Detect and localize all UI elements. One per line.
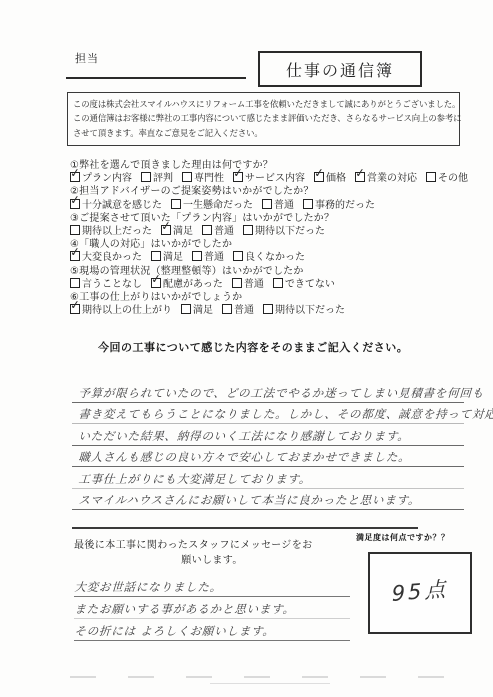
checkbox-option: ✓期待以上の仕上がり — [70, 304, 172, 317]
question-options: ✓期待以上の仕上がり満足普通期待以下だった — [70, 304, 480, 317]
option-label: 普通 — [234, 305, 254, 316]
option-label: 満足 — [173, 226, 193, 237]
question-options: 言うことなし✓配慮があった普通できてない — [70, 278, 480, 291]
question-label: ⑥工事の仕上がりはいかがでしょうか — [70, 291, 480, 304]
questions-section: ①弊社を選んで頂きました理由は何ですか？ ✓プラン内容評判専門性✓サービス内容✓… — [70, 159, 480, 317]
checkbox-option: 普通 — [202, 225, 234, 238]
intro-line: させて頂きます。率直なご意見をご記入ください。 — [73, 126, 454, 140]
checkbox-option: 普通 — [262, 199, 294, 212]
checkbox-checked-icon: ✓ — [151, 278, 161, 288]
satisfaction-score-box: 95点 — [368, 552, 472, 634]
message-prompt-line: 最後に本工事に関わったスタッフにメッセージをお — [74, 538, 350, 553]
check-icon: ✓ — [313, 167, 324, 180]
question-label: ①弊社を選んで頂きました理由は何ですか？ — [70, 159, 480, 172]
option-label: 評判 — [153, 173, 173, 184]
handwritten-line: いただいた結果、納得のいく工法になり感謝しております。 — [72, 424, 464, 446]
option-label: 大変良かった — [82, 252, 142, 263]
intro-line: この通信簿はお客様に弊社の工事内容について感じたまま評価いただき、さらなるサービ… — [73, 111, 454, 125]
option-label: 言うことなし — [82, 279, 142, 290]
checkbox-option: 期待以下だった — [243, 225, 325, 238]
handwritten-line: スマイルハウスさんにお願いして本当に良かったと思います。 — [72, 489, 464, 511]
checkbox-checked-icon: ✓ — [233, 172, 243, 182]
handwritten-comment-area: 予算が限られていたので、どの工法でやるか迷ってしまい見積書を何回も 書き変えても… — [72, 381, 464, 510]
intro-box: この度は株式会社スマイルハウスにリフォーム工事を依頼いただきまして誠にありがとう… — [67, 92, 460, 146]
checkbox-icon — [182, 172, 192, 182]
option-label: 事務的だった — [315, 200, 375, 211]
option-label: 配慮があった — [163, 279, 223, 290]
checkbox-option: 専門性 — [182, 172, 224, 185]
checkbox-option: 事務的だった — [303, 199, 375, 212]
option-label: 専門性 — [194, 173, 224, 184]
satisfaction-score-value: 95点 — [391, 573, 448, 608]
handwritten-line: その折には よろしくお願いします。 — [74, 619, 350, 641]
option-label: 満足 — [163, 252, 183, 263]
check-icon: ✓ — [160, 220, 171, 233]
form-title-box: 仕事の通信簿 — [258, 51, 422, 87]
option-label: 普通 — [204, 252, 224, 263]
checkbox-icon — [222, 304, 232, 314]
question-4: ④「職人の対応」はいかがでしたか ✓大変良かった満足普通良くなかった — [70, 238, 480, 264]
option-label: 期待以上だった — [82, 226, 152, 237]
scanned-survey-form: 担当 仕事の通信簿 この度は株式会社スマイルハウスにリフォーム工事を依頼いただき… — [0, 0, 493, 697]
checkbox-option: ✓配慮があった — [151, 278, 223, 291]
question-label: ④「職人の対応」はいかがでしたか — [70, 238, 480, 251]
handwritten-line: 書き変えてもらうことになりました。しかし、その都度、誠意を持って対応して — [72, 403, 464, 425]
checkbox-icon — [303, 199, 313, 209]
checkbox-option: 良くなかった — [233, 251, 305, 264]
question-label: ②担当アドバイザーのご提案姿勢はいかがでしたか？ — [70, 185, 480, 198]
check-icon: ✓ — [69, 193, 80, 206]
checkbox-icon — [181, 304, 191, 314]
option-label: 営業の対応 — [367, 173, 417, 184]
option-label: 普通 — [244, 279, 264, 290]
checkbox-option: 満足 — [151, 251, 183, 264]
option-label: 期待以下だった — [275, 305, 345, 316]
check-icon: ✓ — [232, 167, 243, 180]
checkbox-icon — [426, 172, 436, 182]
question-3: ③ご提案させて頂いた「プラン内容」はいかがでしたか？ 期待以上だった✓満足普通期… — [70, 212, 480, 238]
handwritten-line: 工事仕上がりにも大変満足しております。 — [72, 467, 464, 489]
checkbox-option: その他 — [426, 172, 468, 185]
option-label: 一生懸命だった — [183, 200, 253, 211]
comment-prompt: 今回の工事について感じた内容をそのままご記入ください。 — [98, 339, 408, 355]
option-label: 満足 — [193, 305, 213, 316]
option-label: プラン内容 — [82, 173, 132, 184]
checkbox-icon — [70, 278, 80, 288]
checkbox-icon — [141, 172, 151, 182]
checkbox-option: ✓営業の対応 — [355, 172, 417, 185]
checkbox-checked-icon: ✓ — [70, 304, 80, 314]
handwritten-line: 予算が限られていたので、どの工法でやるか迷ってしまい見積書を何回も — [72, 381, 464, 403]
checkbox-option: 言うことなし — [70, 278, 142, 291]
question-2: ②担当アドバイザーのご提案姿勢はいかがでしたか？ ✓十分誠意を感じた一生懸命だっ… — [70, 185, 480, 211]
checkbox-icon — [243, 225, 253, 235]
checkbox-checked-icon: ✓ — [70, 251, 80, 261]
scan-artifact — [70, 676, 460, 678]
checkbox-option: できてない — [273, 278, 335, 291]
person-in-charge-label: 担当 — [66, 52, 99, 65]
question-options: ✓大変良かった満足普通良くなかった — [70, 251, 480, 264]
option-label: 期待以上の仕上がり — [82, 305, 172, 316]
check-icon: ✓ — [69, 299, 80, 312]
checkbox-icon — [192, 251, 202, 261]
question-options: ✓プラン内容評判専門性✓サービス内容✓価格✓営業の対応その他 — [70, 172, 480, 185]
section-divider — [72, 527, 418, 529]
checkbox-icon — [70, 225, 80, 235]
checkbox-option: ✓プラン内容 — [70, 172, 132, 185]
checkbox-option: ✓満足 — [161, 225, 193, 238]
checkbox-icon — [151, 251, 161, 261]
checkbox-checked-icon: ✓ — [70, 172, 80, 182]
option-label: 十分誠意を感じた — [82, 200, 162, 211]
question-options: 期待以上だった✓満足普通期待以下だった — [70, 225, 480, 238]
checkbox-checked-icon: ✓ — [70, 199, 80, 209]
check-icon: ✓ — [69, 167, 80, 180]
checkbox-option: 普通 — [192, 251, 224, 264]
checkbox-icon — [262, 199, 272, 209]
scan-artifact — [210, 683, 330, 684]
checkbox-option: ✓価格 — [314, 172, 346, 185]
option-label: 良くなかった — [245, 252, 305, 263]
checkbox-option: 期待以下だった — [263, 304, 345, 317]
page-title: 仕事の通信簿 — [286, 58, 394, 81]
question-label: ⑤現場の管理状況（整理整頓等）はいかがでしたか — [70, 265, 480, 278]
checkbox-option: 評判 — [141, 172, 173, 185]
check-icon: ✓ — [354, 167, 365, 180]
option-label: できてない — [285, 279, 335, 290]
checkbox-checked-icon: ✓ — [355, 172, 365, 182]
handwritten-line: 職人さんも感じの良い方々で安心しておまかせできました。 — [72, 446, 464, 468]
checkbox-icon — [273, 278, 283, 288]
option-label: 普通 — [214, 226, 234, 237]
checkbox-icon — [263, 304, 273, 314]
question-1: ①弊社を選んで頂きました理由は何ですか？ ✓プラン内容評判専門性✓サービス内容✓… — [70, 159, 480, 185]
question-5: ⑤現場の管理状況（整理整頓等）はいかがでしたか 言うことなし✓配慮があった普通で… — [70, 265, 480, 291]
checkbox-option: 普通 — [232, 278, 264, 291]
question-options: ✓十分誠意を感じた一生懸命だった普通事務的だった — [70, 199, 480, 212]
option-label: 期待以下だった — [255, 226, 325, 237]
checkbox-option: ✓サービス内容 — [233, 172, 305, 185]
handwritten-line: 大変お世話になりました。 — [74, 575, 350, 597]
checkbox-icon — [232, 278, 242, 288]
staff-message-section: 最後に本工事に関わったスタッフにメッセージをお 願いします。 大変お世話になりま… — [74, 538, 350, 641]
checkbox-option: ✓十分誠意を感じた — [70, 199, 162, 212]
message-prompt-line: 願いします。 — [74, 553, 350, 568]
checkbox-option: 一生懸命だった — [171, 199, 253, 212]
person-in-charge-field: 担当 — [66, 50, 246, 79]
checkbox-icon — [171, 199, 181, 209]
checkbox-option: ✓大変良かった — [70, 251, 142, 264]
handwritten-message-area: 大変お世話になりました。 またお願いする事があるかと思います。 その折には よろ… — [74, 575, 350, 641]
checkbox-option: 期待以上だった — [70, 225, 152, 238]
checkbox-checked-icon: ✓ — [161, 225, 171, 235]
check-icon: ✓ — [150, 272, 161, 285]
handwritten-line: またお願いする事があるかと思います。 — [74, 597, 350, 619]
checkbox-checked-icon: ✓ — [314, 172, 324, 182]
option-label: 価格 — [326, 173, 346, 184]
checkbox-icon — [202, 225, 212, 235]
checkbox-option: 満足 — [181, 304, 213, 317]
checkbox-icon — [233, 251, 243, 261]
satisfaction-score-label: 満足度は何点ですか？？ — [356, 532, 480, 543]
option-label: サービス内容 — [245, 173, 305, 184]
question-6: ⑥工事の仕上がりはいかがでしょうか ✓期待以上の仕上がり満足普通期待以下だった — [70, 291, 480, 317]
intro-line: この度は株式会社スマイルハウスにリフォーム工事を依頼いただきまして誠にありがとう… — [73, 97, 454, 111]
option-label: その他 — [438, 173, 468, 184]
check-icon: ✓ — [69, 246, 80, 259]
question-label: ③ご提案させて頂いた「プラン内容」はいかがでしたか？ — [70, 212, 480, 225]
checkbox-option: 普通 — [222, 304, 254, 317]
option-label: 普通 — [274, 200, 294, 211]
